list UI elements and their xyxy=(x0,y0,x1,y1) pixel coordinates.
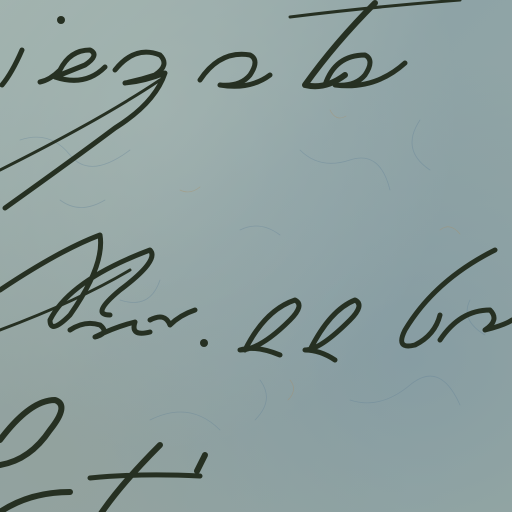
handwritten-document-photo: …iegata Nov. 22 br… …atio… xyxy=(0,0,512,512)
handwriting-ink xyxy=(0,0,512,512)
